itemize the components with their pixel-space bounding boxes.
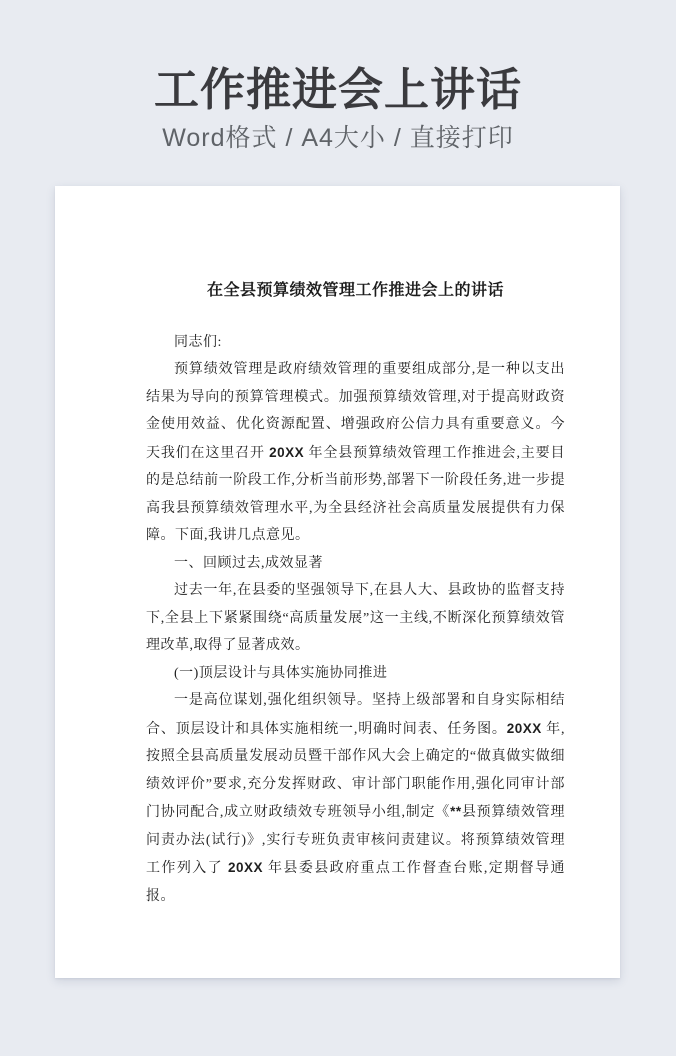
text-run-bold: 20XX	[228, 860, 263, 875]
text-run-bold: **	[450, 804, 462, 819]
banner-subtitle: Word格式 / A4大小 / 直接打印	[0, 124, 676, 152]
doc-paragraph-heading-2: (一)顶层设计与具体实施协同推进	[146, 660, 565, 688]
text-run-bold: 20XX	[507, 721, 542, 736]
doc-paragraph-greeting: 同志们:	[146, 329, 565, 357]
banner: 工作推进会上讲话 Word格式 / A4大小 / 直接打印	[0, 0, 676, 152]
document-title: 在全县预算绩效管理工作推进会上的讲话	[146, 277, 565, 305]
text-run-bold: 20XX	[269, 445, 304, 460]
doc-paragraph-body: 过去一年,在县委的坚强领导下,在县人大、县政协的监督支持下,全县上下紧紧围绕“高…	[146, 577, 565, 660]
doc-paragraph-heading-1: 一、回顾过去,成效显著	[146, 550, 565, 578]
doc-paragraph-body: 预算绩效管理是政府绩效管理的重要组成部分,是一种以支出结果为导向的预算管理模式。…	[146, 356, 565, 550]
text-run: 同志们:	[174, 335, 222, 350]
doc-paragraph-body: 一是高位谋划,强化组织领导。坚持上级部署和自身实际相结合、顶层设计和具体实施相统…	[146, 687, 565, 910]
banner-title: 工作推进会上讲话	[0, 64, 676, 116]
text-run: (一)顶层设计与具体实施协同推进	[174, 666, 387, 681]
text-run: 一、回顾过去,成效显著	[174, 556, 323, 571]
text-run: 一是高位谋划,强化组织领导。坚持上级部署和自身实际相结合、顶层设计和具体实施相统…	[146, 693, 565, 737]
text-run: 过去一年,在县委的坚强领导下,在县人大、县政协的监督支持下,全县上下紧紧围绕“高…	[146, 583, 565, 653]
document-page: 在全县预算绩效管理工作推进会上的讲话 同志们:预算绩效管理是政府绩效管理的重要组…	[55, 186, 620, 978]
document-body: 同志们:预算绩效管理是政府绩效管理的重要组成部分,是一种以支出结果为导向的预算管…	[146, 329, 565, 911]
